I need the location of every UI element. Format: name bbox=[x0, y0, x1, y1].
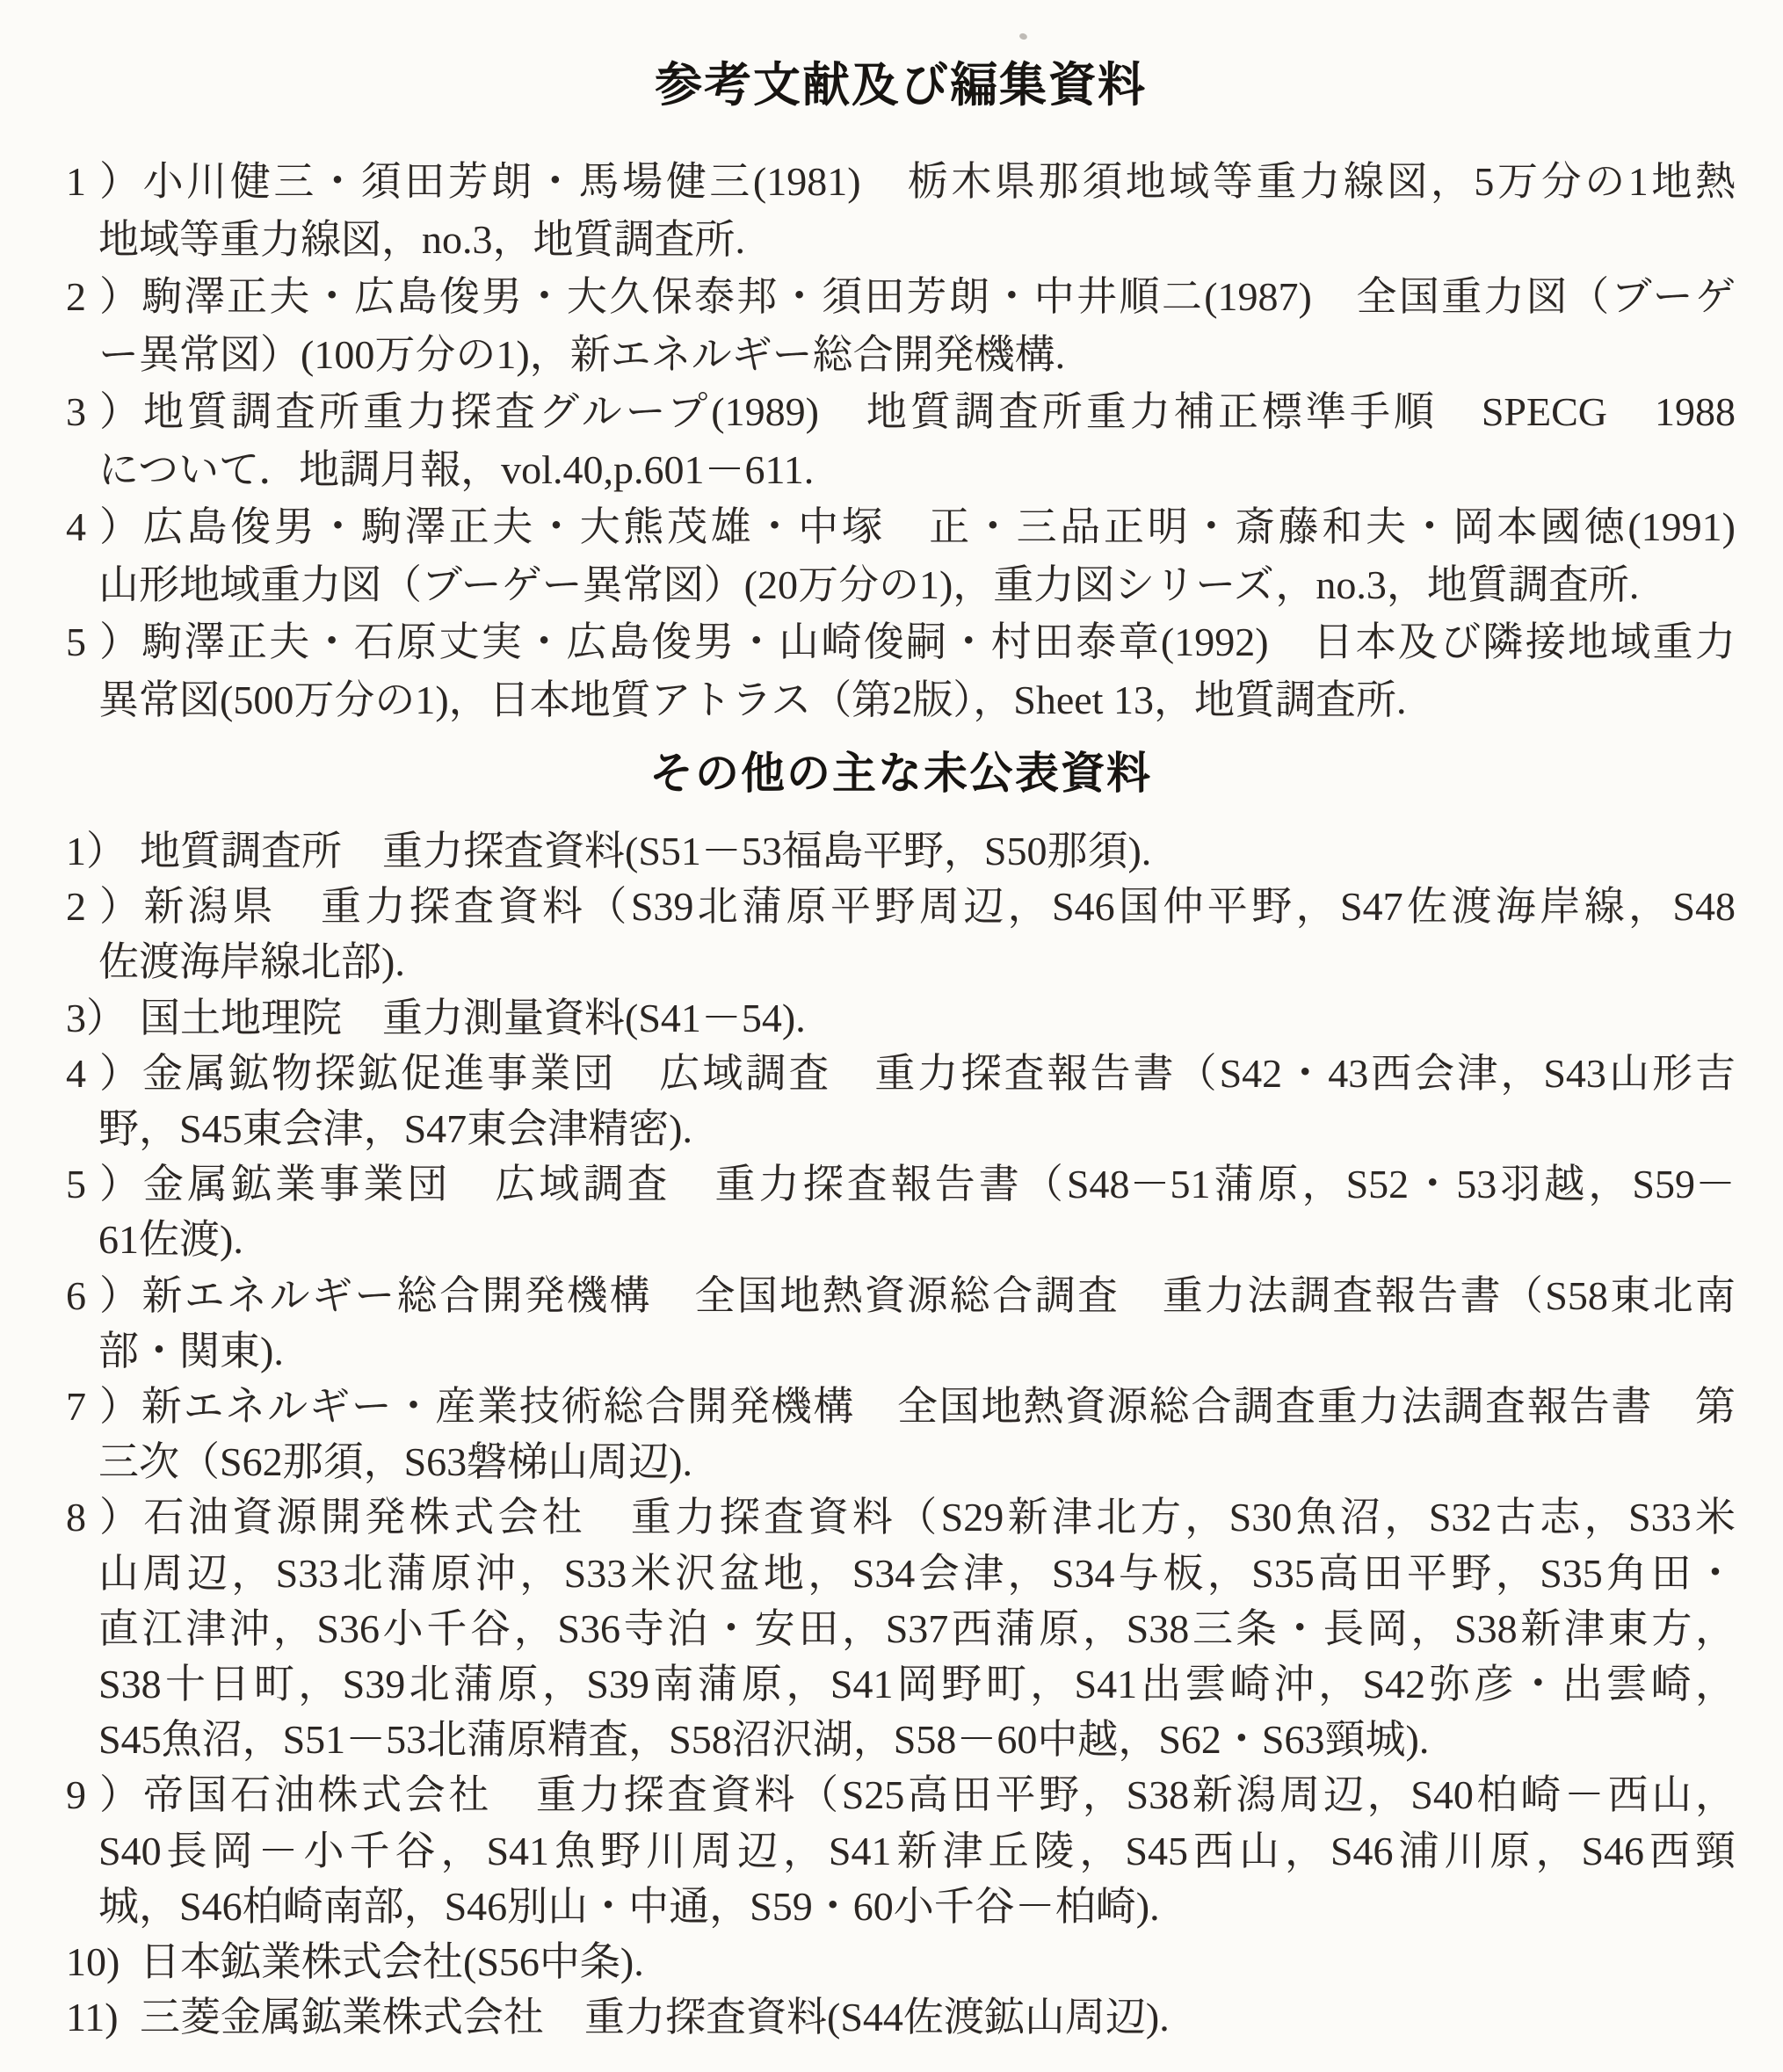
reference-first-line: 11)三菱金属鉱業株式会社 重力探査資料(S44佐渡鉱山周辺). bbox=[66, 1989, 1736, 2045]
reference-continuation-line: 61佐渡). bbox=[66, 1212, 1736, 1267]
reference-number: 8） bbox=[66, 1489, 140, 1545]
reference-continuation-line: 山形地域重力図（ブーゲー異常図）(20万分の1)，重力図シリーズ，no.3，地質… bbox=[66, 556, 1736, 614]
reference-first-line: 5）金属鉱業事業団 広域調査 重力探査報告書（S48－51蒲原，S52・53羽越… bbox=[66, 1156, 1736, 1212]
reference-item: 5）駒澤正夫・石原丈実・広島俊男・山崎俊嗣・村田泰章(1992) 日本及び隣接地… bbox=[66, 613, 1736, 728]
reference-item: 3）国土地理院 重力測量資料(S41－54). bbox=[66, 990, 1736, 1046]
reference-number: 6） bbox=[66, 1268, 140, 1323]
reference-text: 新エネルギー・産業技術総合開発機構 全国地熱資源総合調査重力法調査報告書 第 bbox=[140, 1384, 1736, 1429]
reference-continuation-line: S45魚沼，S51－53北蒲原精査，S58沼沢湖，S58－60中越，S62・S6… bbox=[66, 1712, 1736, 1767]
reference-number: 2） bbox=[66, 879, 140, 934]
reference-text: 駒澤正夫・石原丈実・広島俊男・山崎俊嗣・村田泰章(1992) 日本及び隣接地域重… bbox=[140, 619, 1736, 664]
reference-number: 5） bbox=[66, 1156, 140, 1212]
reference-number: 9） bbox=[66, 1767, 140, 1822]
reference-first-line: 7）新エネルギー・産業技術総合開発機構 全国地熱資源総合調査重力法調査報告書 第 bbox=[66, 1379, 1736, 1434]
reference-continuation-line: 野，S45東会津，S47東会津精密). bbox=[66, 1101, 1736, 1156]
reference-continuation-line: S38十日町，S39北蒲原，S39南蒲原，S41岡野町，S41出雲崎沖，S42弥… bbox=[66, 1656, 1736, 1712]
reference-number: 10) bbox=[66, 1934, 140, 1989]
reference-continuation-line: 部・関東). bbox=[66, 1323, 1736, 1379]
reference-first-line: 2）新潟県 重力探査資料（S39北蒲原平野周辺，S46国仲平野，S47佐渡海岸線… bbox=[66, 879, 1736, 934]
reference-number: 3） bbox=[66, 383, 140, 441]
reference-first-line: 1）地質調査所 重力探査資料(S51－53福島平野，S50那須). bbox=[66, 823, 1736, 879]
reference-continuation-line: 地域等重力線図，no.3，地質調査所. bbox=[66, 211, 1736, 269]
reference-continuation-line: S40長岡－小千谷，S41魚野川周辺，S41新津丘陵，S45西山，S46浦川原，… bbox=[66, 1823, 1736, 1879]
reference-text: 地質調査所 重力探査資料(S51－53福島平野，S50那須). bbox=[140, 829, 1151, 873]
reference-item: 1）地質調査所 重力探査資料(S51－53福島平野，S50那須). bbox=[66, 823, 1736, 879]
reference-continuation-line: 直江津沖，S36小千谷，S36寺泊・安田，S37西蒲原，S38三条・長岡，S38… bbox=[66, 1601, 1736, 1656]
reference-item: 6）新エネルギー総合開発機構 全国地熱資源総合調査 重力法調査報告書（S58東北… bbox=[66, 1268, 1736, 1379]
reference-first-line: 1）小川健三・須田芳朗・馬場健三(1981) 栃木県那須地域等重力線図，5万分の… bbox=[66, 153, 1736, 211]
reference-first-line: 4）広島俊男・駒澤正夫・大熊茂雄・中塚 正・三品正明・斎藤和夫・岡本國徳(199… bbox=[66, 498, 1736, 556]
reference-number: 1） bbox=[66, 823, 140, 879]
reference-number: 11) bbox=[66, 1989, 140, 2045]
reference-text: 新エネルギー総合開発機構 全国地熱資源総合調査 重力法調査報告書（S58東北南 bbox=[140, 1273, 1736, 1318]
reference-first-line: 8）石油資源開発株式会社 重力探査資料（S29新津北方，S30魚沼，S32古志，… bbox=[66, 1489, 1736, 1545]
reference-number: 2） bbox=[66, 268, 140, 326]
scanned-document-page: 参考文献及び編集資料 1）小川健三・須田芳朗・馬場健三(1981) 栃木県那須地… bbox=[0, 0, 1783, 2072]
reference-number: 7） bbox=[66, 1379, 140, 1434]
reference-item: 1）小川健三・須田芳朗・馬場健三(1981) 栃木県那須地域等重力線図，5万分の… bbox=[66, 153, 1736, 268]
document-title: 参考文献及び編集資料 bbox=[66, 0, 1736, 112]
reference-number: 3） bbox=[66, 990, 140, 1046]
reference-first-line: 9）帝国石油株式会社 重力探査資料（S25高田平野，S38新潟周辺，S40柏崎－… bbox=[66, 1767, 1736, 1822]
reference-text: 地質調査所重力探査グループ(1989) 地質調査所重力補正標準手順 SPECG … bbox=[140, 389, 1736, 434]
reference-text: 日本鉱業株式会社(S56中条). bbox=[140, 1939, 644, 1984]
reference-item: 7）新エネルギー・産業技術総合開発機構 全国地熱資源総合調査重力法調査報告書 第… bbox=[66, 1379, 1736, 1489]
reference-text: 金属鉱業事業団 広域調査 重力探査報告書（S48－51蒲原，S52・53羽越，S… bbox=[140, 1162, 1736, 1206]
reference-text: 金属鉱物探鉱促進事業団 広域調査 重力探査報告書（S42・43西会津，S43山形… bbox=[140, 1051, 1736, 1096]
reference-first-line: 6）新エネルギー総合開発機構 全国地熱資源総合調査 重力法調査報告書（S58東北… bbox=[66, 1268, 1736, 1323]
reference-text: 駒澤正夫・広島俊男・大久保泰邦・須田芳朗・中井順二(1987) 全国重力図（ブー… bbox=[140, 274, 1736, 319]
reference-text: 国土地理院 重力測量資料(S41－54). bbox=[140, 996, 806, 1040]
reference-first-line: 5）駒澤正夫・石原丈実・広島俊男・山崎俊嗣・村田泰章(1992) 日本及び隣接地… bbox=[66, 613, 1736, 671]
reference-text: 小川健三・須田芳朗・馬場健三(1981) 栃木県那須地域等重力線図，5万分の1地… bbox=[140, 159, 1736, 204]
reference-list-published: 1）小川健三・須田芳朗・馬場健三(1981) 栃木県那須地域等重力線図，5万分の… bbox=[66, 153, 1736, 728]
reference-text: 広島俊男・駒澤正夫・大熊茂雄・中塚 正・三品正明・斎藤和夫・岡本國徳(1991) bbox=[140, 504, 1736, 549]
reference-continuation-line: 城，S46柏崎南部，S46別山・中通，S59・60小千谷－柏崎). bbox=[66, 1879, 1736, 1934]
reference-item: 3）地質調査所重力探査グループ(1989) 地質調査所重力補正標準手順 SPEC… bbox=[66, 383, 1736, 498]
reference-text: 帝国石油株式会社 重力探査資料（S25高田平野，S38新潟周辺，S40柏崎－西山… bbox=[140, 1772, 1736, 1817]
section-title-unpublished: その他の主な未公表資料 bbox=[66, 746, 1736, 801]
reference-continuation-line: 山周辺，S33北蒲原沖，S33米沢盆地，S34会津，S34与板，S35高田平野，… bbox=[66, 1546, 1736, 1601]
reference-continuation-line: 佐渡海岸線北部). bbox=[66, 934, 1736, 989]
reference-continuation-line: 三次（S62那須，S63磐梯山周辺). bbox=[66, 1434, 1736, 1489]
reference-continuation-line: ー異常図）(100万分の1)，新エネルギー総合開発機構. bbox=[66, 326, 1736, 384]
reference-number: 4） bbox=[66, 1046, 140, 1101]
reference-item: 8）石油資源開発株式会社 重力探査資料（S29新津北方，S30魚沼，S32古志，… bbox=[66, 1489, 1736, 1767]
reference-number: 5） bbox=[66, 613, 140, 671]
reference-first-line: 4）金属鉱物探鉱促進事業団 広域調査 重力探査報告書（S42・43西会津，S43… bbox=[66, 1046, 1736, 1101]
reference-first-line: 2）駒澤正夫・広島俊男・大久保泰邦・須田芳朗・中井順二(1987) 全国重力図（… bbox=[66, 268, 1736, 326]
reference-text: 三菱金属鉱業株式会社 重力探査資料(S44佐渡鉱山周辺). bbox=[140, 1995, 1170, 2039]
reference-continuation-line: 異常図(500万分の1)，日本地質アトラス（第2版），Sheet 13，地質調査… bbox=[66, 671, 1736, 729]
reference-first-line: 3）国土地理院 重力測量資料(S41－54). bbox=[66, 990, 1736, 1046]
reference-item: 2）新潟県 重力探査資料（S39北蒲原平野周辺，S46国仲平野，S47佐渡海岸線… bbox=[66, 879, 1736, 989]
reference-item: 10)日本鉱業株式会社(S56中条). bbox=[66, 1934, 1736, 1989]
reference-first-line: 10)日本鉱業株式会社(S56中条). bbox=[66, 1934, 1736, 1989]
reference-number: 4） bbox=[66, 498, 140, 556]
reference-continuation-line: について．地調月報，vol.40,p.601－611. bbox=[66, 441, 1736, 499]
reference-item: 4）広島俊男・駒澤正夫・大熊茂雄・中塚 正・三品正明・斎藤和夫・岡本國徳(199… bbox=[66, 498, 1736, 613]
reference-item: 4）金属鉱物探鉱促進事業団 広域調査 重力探査報告書（S42・43西会津，S43… bbox=[66, 1046, 1736, 1156]
reference-item: 9）帝国石油株式会社 重力探査資料（S25高田平野，S38新潟周辺，S40柏崎－… bbox=[66, 1767, 1736, 1934]
reference-item: 2）駒澤正夫・広島俊男・大久保泰邦・須田芳朗・中井順二(1987) 全国重力図（… bbox=[66, 268, 1736, 383]
reference-number: 1） bbox=[66, 153, 140, 211]
reference-first-line: 3）地質調査所重力探査グループ(1989) 地質調査所重力補正標準手順 SPEC… bbox=[66, 383, 1736, 441]
reference-text: 石油資源開発株式会社 重力探査資料（S29新津北方，S30魚沼，S32古志，S3… bbox=[140, 1495, 1736, 1540]
reference-item: 5）金属鉱業事業団 広域調査 重力探査報告書（S48－51蒲原，S52・53羽越… bbox=[66, 1156, 1736, 1267]
reference-text: 新潟県 重力探査資料（S39北蒲原平野周辺，S46国仲平野，S47佐渡海岸線，S… bbox=[140, 884, 1736, 929]
reference-item: 11)三菱金属鉱業株式会社 重力探査資料(S44佐渡鉱山周辺). bbox=[66, 1989, 1736, 2045]
reference-list-unpublished: 1）地質調査所 重力探査資料(S51－53福島平野，S50那須).2）新潟県 重… bbox=[66, 823, 1736, 2045]
